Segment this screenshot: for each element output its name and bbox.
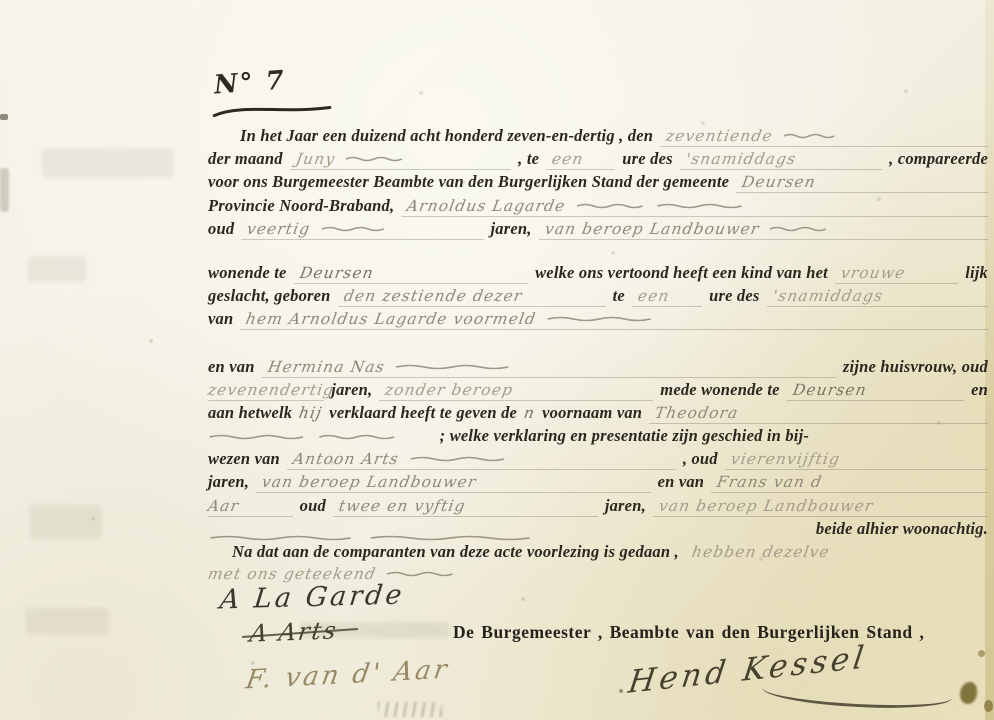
fill-line: Deursen: [736, 173, 988, 193]
handwritten-entry: Frans van d: [716, 473, 824, 491]
fill-line: zeventiende: [660, 127, 988, 147]
handwritten-entry: Theodora: [654, 404, 741, 422]
printed-text: , oud: [683, 449, 718, 469]
fill-line: van beroep Landbouwer: [539, 220, 988, 240]
handwritten-entry: een: [636, 287, 671, 305]
printed-text: te: [613, 286, 625, 306]
form-line: der maand Juny , te een ure des 'snamidd…: [208, 149, 988, 172]
fill-line: Deursen: [787, 381, 964, 401]
fill-line: Hermina Nas: [262, 358, 836, 378]
act-body: In het Jaar een duizend acht honderd zev…: [208, 126, 988, 588]
pen-flourish: [769, 225, 829, 233]
ink-stain: [960, 682, 977, 704]
ink-stain: [978, 650, 985, 657]
form-line: Provincie Noord-Braband, Arnoldus Lagard…: [208, 196, 988, 219]
handwritten-entry: vierenvijftig: [729, 450, 841, 468]
fill-line: hem Arnoldus Lagarde voormeld: [240, 310, 988, 330]
signature-declarant: A La Garde: [218, 580, 406, 616]
fill-line: Aar: [208, 497, 293, 517]
pen-flourish: [394, 363, 514, 371]
act-number: N° 7: [213, 66, 287, 101]
printed-text: wonende te: [208, 263, 287, 283]
fill-line: veertig: [241, 220, 483, 240]
blank-space: hebben dezelve: [686, 543, 988, 562]
handwritten-entry: zonder beroep: [384, 381, 515, 399]
signature-witness1: A Arts: [248, 616, 340, 647]
handwritten-entry: van beroep Landbouwer: [657, 497, 875, 515]
printed-text: , te: [518, 149, 539, 169]
printed-text: wezen van: [208, 449, 280, 469]
fill-line: Frans van d: [711, 473, 988, 493]
handwritten-entry: van beroep Landbouwer: [261, 473, 479, 491]
printed-text: , compareerde: [889, 149, 988, 169]
handwritten-entry: Deursen: [298, 264, 375, 282]
pen-flourish: [321, 225, 387, 233]
printed-text: geslacht, geboren: [208, 286, 331, 306]
blank-space: [208, 433, 433, 442]
handwritten-entry: vrouwe: [839, 264, 907, 282]
handwritten-entry: veertig: [246, 220, 313, 238]
paper-speckles: [0, 0, 2, 2]
fill-line: zonder beroep: [379, 381, 653, 401]
bleedthrough-smudge: [30, 505, 102, 539]
printed-text: jaren,: [491, 219, 532, 239]
form-line: wonende te Deursen welke ons vertoond he…: [208, 263, 988, 286]
birth-certificate-scan: N° 7 In het Jaar een duizend acht honder…: [0, 0, 994, 720]
printed-text: jaren,: [605, 496, 646, 516]
pen-flourish: [762, 683, 953, 712]
pen-flourish: [576, 202, 646, 210]
printed-text: oud: [300, 496, 326, 516]
fill-line: twee en vyftig: [333, 497, 598, 517]
handwritten-entry: twee en vyftig: [337, 497, 467, 515]
cut-off-writing: [378, 702, 442, 717]
handwritten-entry: 'snamiddags: [684, 150, 797, 168]
printed-text: der maand: [208, 149, 283, 169]
fill-line: Juny: [290, 150, 511, 170]
handwritten-entry: 'snamiddags: [771, 287, 884, 305]
printed-text: oud: [208, 219, 234, 239]
form-line: en van Hermina Nas zijne huisvrouw, oud: [208, 357, 988, 380]
act-number-text: N° 7: [213, 66, 287, 101]
fill-line: 'snamiddags: [680, 150, 882, 170]
pen-flourish: [656, 202, 746, 210]
printed-text: welke ons vertoond heeft een kind van he…: [535, 263, 828, 283]
fill-line: 'snamiddags: [767, 287, 988, 307]
bleedthrough-smudge: [25, 608, 109, 634]
handwritten-entry: hij: [298, 404, 324, 422]
edge-mark: [0, 114, 8, 120]
form-line: In het Jaar een duizend acht honderd zev…: [208, 126, 988, 149]
handwritten-entry: Aar: [206, 497, 240, 515]
printed-text: ure des: [622, 149, 672, 169]
printed-text: en: [971, 380, 988, 400]
form-line: jaren, van beroep Landbouwer en van Fran…: [208, 472, 988, 495]
bleedthrough-smudge: [28, 256, 86, 282]
handwritten-entry: hem Arnoldus Lagarde voormeld: [245, 310, 538, 328]
fill-line: van beroep Landbouwer: [653, 497, 988, 517]
handwritten-entry: zeventiende: [665, 127, 775, 145]
pen-flourish: [208, 534, 358, 542]
printed-text: jaren,: [208, 472, 249, 492]
printed-text: verklaard heeft te geven de: [329, 403, 517, 423]
signature-witness2: F. van d' Aar: [244, 655, 452, 696]
fill-line: vrouwe: [835, 264, 958, 284]
edge-mark: [0, 168, 9, 212]
form-line: oud veertig jaren, van beroep Landbouwer: [208, 219, 988, 242]
handwritten-entry: van beroep Landbouwer: [543, 220, 761, 238]
handwritten-entry: hebben dezelve: [690, 543, 831, 561]
fill-line: zevenendertig: [208, 381, 324, 401]
printed-text: aan hetwelk: [208, 403, 292, 423]
pen-flourish: [208, 433, 308, 441]
printed-text: Provincie Noord-Braband,: [208, 196, 394, 216]
handwritten-entry: den zestiende dezer: [342, 287, 524, 305]
printed-text: mede wonende te: [660, 380, 779, 400]
form-line: van hem Arnoldus Lagarde voormeld: [208, 309, 988, 332]
printed-text: jaren,: [331, 380, 372, 400]
printed-text: ure des: [709, 286, 759, 306]
form-line: ; welke verklaring en presentatie zijn g…: [208, 426, 988, 449]
ink-stain: [984, 700, 993, 712]
handwritten-entry: zevenendertig: [206, 381, 336, 399]
pen-flourish: [783, 132, 837, 140]
handwritten-entry: n: [522, 404, 536, 422]
handwritten-entry: Hermina Nas: [266, 358, 386, 376]
bleedthrough-smudge: [42, 148, 174, 178]
printed-text: voor ons Burgemeester Beambte van den Bu…: [208, 172, 729, 192]
printed-text: zijne huisvrouw, oud: [843, 357, 988, 377]
pen-flourish: [546, 315, 656, 323]
handwritten-entry: Arnoldus Lagarde: [406, 197, 568, 215]
printed-text: ; welke verklaring en presentatie zijn g…: [440, 426, 809, 446]
form-line: beide alhier woonachtig.: [208, 519, 988, 542]
handwritten-entry: Deursen: [741, 173, 818, 191]
fill-line: vierenvijftig: [725, 450, 988, 470]
printed-text: voornaam van: [542, 403, 642, 423]
printed-text: en van: [658, 472, 705, 492]
fill-line: Antoon Arts: [287, 450, 676, 470]
printed-text: en van: [208, 357, 255, 377]
printed-text: lijk: [965, 263, 988, 283]
fill-line: Theodora: [649, 404, 988, 424]
form-line: Aar oud twee en vyftig jaren, van beroep…: [208, 496, 988, 519]
printed-text: In het Jaar een duizend acht honderd zev…: [240, 126, 653, 146]
pen-flourish: [409, 455, 509, 463]
form-line: Na dat aan de comparanten van deze acte …: [208, 542, 988, 565]
printed-text: beide alhier woonachtig.: [816, 519, 988, 539]
form-line: wezen van Antoon Arts , oud vierenvijfti…: [208, 449, 988, 472]
fill-line: den zestiende dezer: [338, 287, 606, 307]
pen-flourish: [386, 570, 456, 578]
fill-line: van beroep Landbouwer: [256, 473, 651, 493]
fill-line: Arnoldus Lagarde: [401, 197, 988, 217]
fill-line: Deursen: [294, 264, 529, 284]
pen-flourish: [318, 433, 398, 441]
handwritten-entry: een: [551, 150, 586, 168]
handwritten-entry: Antoon Arts: [291, 450, 400, 468]
fill-line: een: [546, 150, 615, 170]
handwritten-entry: Deursen: [791, 381, 868, 399]
form-line: zevenendertig jaren, zonder beroep mede …: [208, 380, 988, 403]
form-line: aan hetwelk hij verklaard heeft te geven…: [208, 403, 988, 426]
form-line: voor ons Burgemeester Beambte van den Bu…: [208, 172, 988, 195]
fill-line: een: [632, 287, 702, 307]
pen-flourish: [368, 534, 538, 542]
pen-flourish: [345, 155, 405, 163]
handwritten-entry: Juny: [294, 150, 337, 168]
printed-text: van: [208, 309, 233, 329]
printed-text: Na dat aan de comparanten van deze acte …: [232, 542, 679, 562]
form-line: geslacht, geboren den zestiende dezer te…: [208, 286, 988, 309]
